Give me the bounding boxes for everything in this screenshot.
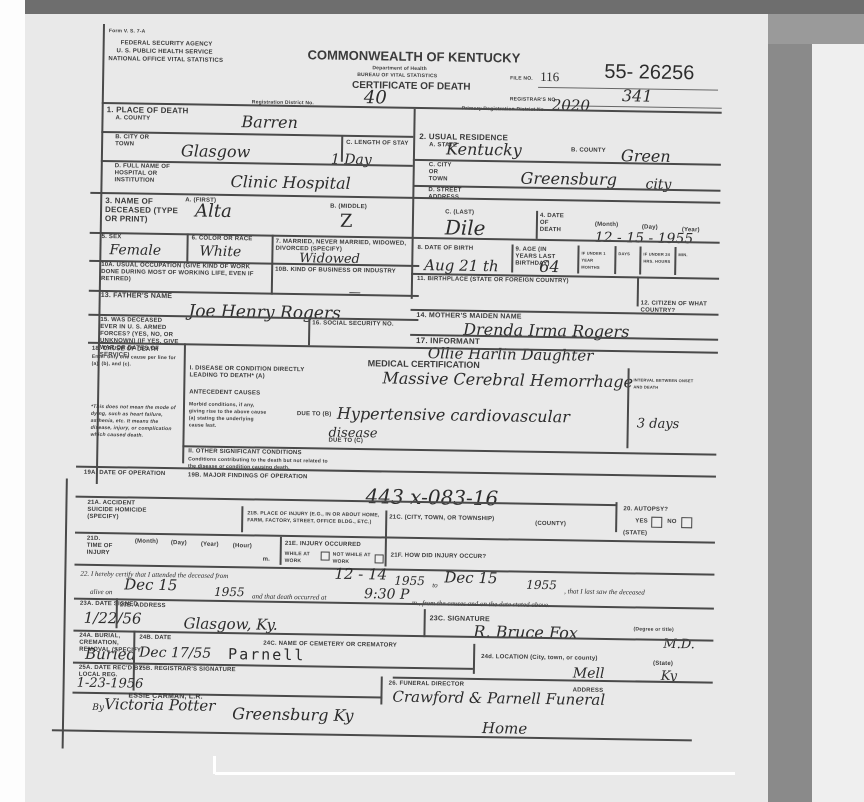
rule [536, 211, 538, 239]
deputy-signature: Victoria Potter [104, 696, 215, 714]
cause-label: 18. CAUSE OF DEATH [92, 346, 159, 354]
antecedent-label: ANTECEDENT CAUSES [189, 389, 260, 397]
funeral-director-address-label: ADDRESS [573, 687, 604, 694]
injury-city-label: 21c. (CITY, TOWN, OR TOWNSHIP) [389, 515, 494, 524]
injury-occurred-label: 21e. INJURY OCCURRED [285, 541, 361, 549]
res-state: Kentucky [446, 141, 522, 158]
length-of-stay-label: c. LENGTH OF STAY [346, 140, 411, 148]
time-of-injury-label: 21d. TIME OF INJURY [87, 536, 117, 557]
time-year-label: (Year) [201, 542, 219, 549]
registrar-no-label: REGISTRAR'S NO. [510, 96, 557, 104]
burial-date-label: 24b. DATE [139, 635, 171, 643]
age-hours-label: If Under 24 Hrs. Hours [643, 251, 673, 265]
business: — [349, 284, 361, 300]
date-received: 1-23-1956 [77, 676, 144, 693]
birthplace-label: 11. BIRTHPLACE (State or foreign country… [417, 276, 569, 285]
city-label: b. CITY OR TOWN [115, 134, 155, 149]
interval-b: 3 days [637, 416, 680, 433]
registrar-number: 341 [622, 88, 653, 104]
rule [639, 246, 641, 274]
autopsy-no-checkbox-checked[interactable] [681, 517, 692, 528]
burial-state-label: (State) [653, 661, 673, 668]
scan-top-shadow [25, 0, 864, 14]
file-no-prefix: 116 [540, 69, 559, 85]
dob-label: 8. DATE OF BIRTH [417, 245, 473, 253]
agency-line-2: U. S. PUBLIC HEALTH SERVICE [117, 48, 213, 57]
county-label: a. COUNTY [115, 115, 150, 123]
sex: Female [109, 242, 161, 259]
rule [637, 276, 639, 306]
antecedent-note: Morbid conditions, if any, giving rise t… [189, 401, 269, 430]
hospital-label: d. FULL NAME OF HOSPITAL OR INSTITUTION [114, 163, 194, 185]
time-m-label: m. [263, 557, 271, 564]
middle-initial: Z [340, 214, 353, 230]
file-no-label: FILE NO. [510, 75, 533, 82]
scan-right-shadow [768, 44, 812, 802]
autopsy-no-label: NO [667, 519, 677, 526]
operation-date-label: 19a. DATE OF OPERATION [84, 470, 180, 479]
how-injury-label: 21f. HOW DID INJURY OCCUR? [391, 553, 487, 561]
time-day-label: (Day) [171, 540, 187, 547]
first-name: Alta [195, 203, 232, 220]
reg-district-number: 40 [364, 90, 387, 106]
date-signed: 1/22/56 [84, 610, 142, 627]
autopsy-yes-checkbox[interactable] [651, 517, 662, 528]
rule [473, 644, 475, 674]
autopsy-yes-label: YES [635, 518, 648, 525]
place-of-death-label: 1. PLACE OF DEATH [107, 106, 189, 114]
operation-findings-label: 19b. MAJOR FINDINGS OF OPERATION [188, 472, 308, 481]
physician-address: Glasgow, Ky. [183, 615, 277, 632]
interval-label: INTERVAL BETWEEN ONSET AND DEATH [633, 376, 703, 391]
rule [88, 342, 718, 354]
rule [413, 159, 721, 166]
dod-month-label: (Month) [595, 222, 618, 229]
cemetery-name: Parnell [228, 646, 305, 663]
cause-a: Massive Cerebral Hemorrhage [382, 370, 633, 390]
res-county-label: b. COUNTY [571, 147, 606, 155]
date-of-birth: Aug 21 th [424, 257, 499, 274]
burial-location-label: 24d. LOCATION (City, town, or county) [481, 654, 598, 663]
death-county: Barren [241, 114, 298, 131]
rule [280, 537, 282, 565]
not-while-at-work-checkbox[interactable] [375, 554, 384, 563]
while-at-work-checkbox[interactable] [321, 551, 330, 560]
while-at-work-label: WHILE AT WORK [285, 551, 321, 566]
hospital-name: Clinic Hospital [230, 174, 350, 192]
rule [308, 317, 310, 345]
deceased-name-label: 3. NAME OF DECEASED (Type or Print) [105, 196, 185, 224]
agency-line-3: NATIONAL OFFICE VITAL STATISTICS [108, 56, 223, 65]
last-name: Dile [445, 219, 486, 236]
race-label: 6. COLOR OR RACE [192, 235, 253, 243]
race: White [199, 244, 241, 261]
death-time: 9:30 P [364, 586, 410, 603]
res-city: Greensburg [520, 171, 617, 189]
rule [674, 247, 676, 275]
rule [423, 609, 425, 637]
address-label: 23b. ADDRESS [120, 602, 166, 610]
ssn-label: 16. SOCIAL SECURITY NO. [312, 320, 407, 328]
death-certificate-form: Form V. S. 7-A FEDERAL SECURITY AGENCY U… [92, 24, 728, 764]
funeral-director-extra: Home [482, 720, 527, 737]
rule [614, 246, 616, 274]
due-to-b-label: DUE TO (b) [297, 411, 332, 419]
state-title: COMMONWEALTH OF KENTUCKY [307, 47, 520, 65]
rule [241, 506, 243, 532]
form-bottom-rule [52, 729, 692, 741]
father-label: 13. FATHER'S NAME [101, 292, 173, 300]
time-hour-label: (Hour) [233, 543, 252, 550]
adjacent-page [812, 44, 864, 802]
age-days-label: Days [618, 250, 630, 257]
time-month-label: (Month) [135, 539, 158, 546]
deputy-by-label: By [92, 700, 104, 716]
attended-year-2: 1955 [526, 577, 557, 593]
rule [577, 245, 579, 273]
alive-on: Dec 15 [124, 576, 177, 593]
degree-label: (Degree or title) [633, 626, 673, 634]
age-min-label: Min. [678, 251, 687, 258]
place-of-injury-label: 21b. PLACE OF INJURY (e.g., in or about … [247, 510, 382, 526]
form-number: Form V. S. 7-A [109, 28, 146, 36]
file-number: 55- 26256 [604, 64, 694, 81]
bureau-name: BUREAU OF VITAL STATISTICS [357, 72, 437, 80]
injury-county-label: (COUNTY) [535, 521, 566, 528]
age-months-label: If Under 1 Year Months [581, 250, 611, 271]
age: 64 [539, 259, 560, 275]
cause-note: *This does not mean the mode of dying, s… [90, 404, 181, 440]
cert-text-2: , that I last saw the deceased [564, 583, 645, 600]
burial-date: Dec 17/55 [139, 645, 211, 662]
attended-from: 12 - 14 [334, 566, 387, 583]
rule [626, 368, 629, 448]
occupation-label: 10a. USUAL OCCUPATION (Give kind of work… [101, 262, 266, 286]
alive-year: 1955 [214, 584, 245, 600]
sex-label: 5. SEX [102, 234, 122, 241]
injury-state-label: (STATE) [623, 530, 647, 537]
cause-b: Hypertensive cardiovascular [337, 406, 570, 426]
business-label: 10b. KIND OF BUSINESS OR INDUSTRY [275, 267, 410, 276]
rule [380, 676, 382, 704]
accident-label: 21a. ACCIDENT SUICIDE HOMICIDE (Specify) [87, 500, 157, 522]
attended-to: Dec 15 [444, 569, 497, 586]
rule [615, 502, 617, 532]
cause-instruction: Enter only one cause per line for (a), (… [92, 354, 182, 369]
scan-left-margin [0, 0, 25, 802]
date-of-death-label: 4. DATE OF DEATH [540, 213, 570, 234]
burial-type: Buried [85, 646, 136, 663]
date-of-death: 12 - 15 - 1955 [595, 230, 694, 248]
cause-line-i-label: I. DISEASE OR CONDITION DIRECTLY LEADING… [189, 365, 309, 381]
death-city: Glasgow [181, 143, 250, 160]
agency-line-1: FEDERAL SECURITY AGENCY [121, 40, 213, 48]
rule [186, 233, 188, 261]
autopsy-label: 20. AUTOPSY? [623, 506, 668, 514]
rule [511, 244, 513, 272]
cause-c: disease [328, 426, 377, 443]
registrar-signature-label: 25b. REGISTRAR'S SIGNATURE [139, 666, 236, 675]
to-label: to [432, 577, 438, 593]
scan-artifact-line [215, 772, 735, 775]
funeral-director-city: Greensburg Ky [232, 706, 354, 724]
res-city-label: c. CITY OR TOWN [429, 162, 459, 183]
